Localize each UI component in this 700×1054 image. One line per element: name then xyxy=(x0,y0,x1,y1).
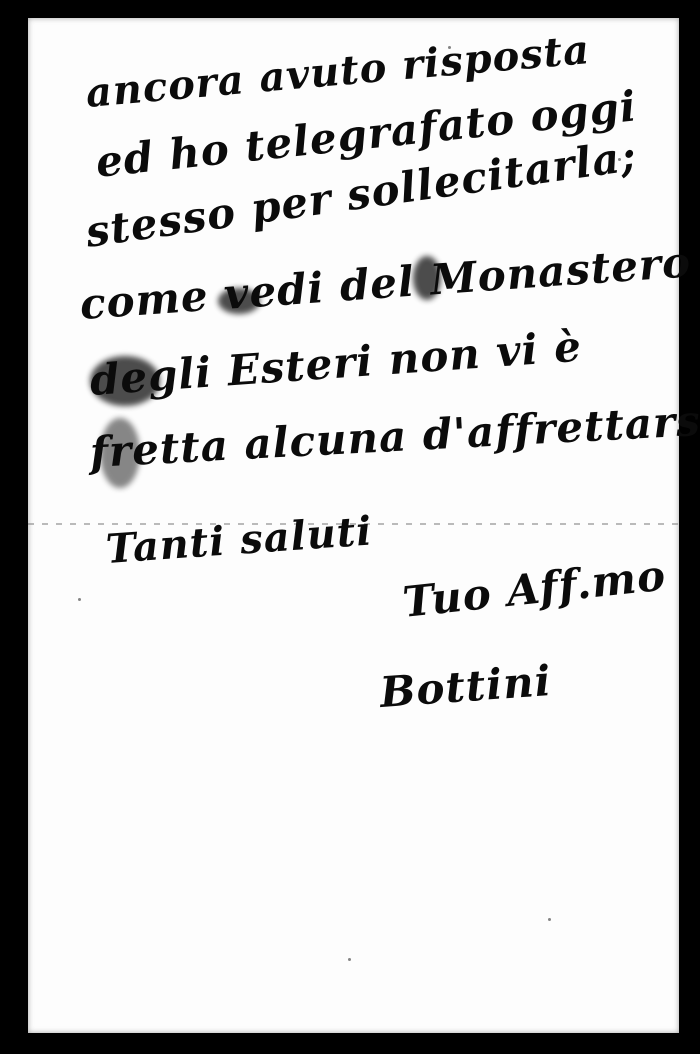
letter-line-6: fretta alcuna d'affrettarsi. xyxy=(89,394,700,477)
paper-speck xyxy=(348,958,351,961)
letter-page: ancora avuto risposta ed ho telegrafato … xyxy=(28,18,679,1033)
letter-line-4: come vedi del Monastero xyxy=(78,237,692,329)
closing-salutation: Tuo Aff.mo xyxy=(400,551,668,627)
paper-speck xyxy=(78,598,81,601)
paper-speck xyxy=(548,918,551,921)
signature: Bottini xyxy=(378,656,553,717)
letter-line-5: degli Esteri non vi è xyxy=(88,322,583,405)
letter-line-7: Tanti saluti xyxy=(104,507,374,573)
